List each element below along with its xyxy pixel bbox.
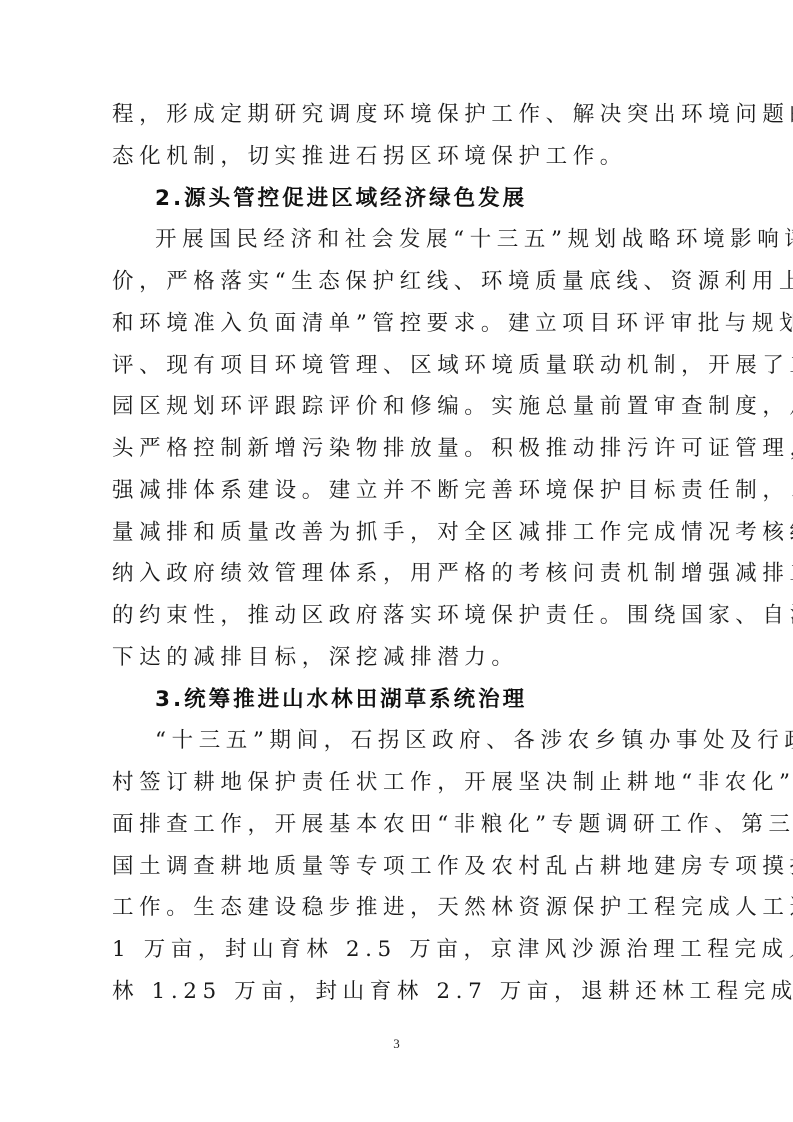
paragraph-line: “十三五”期间，石拐区政府、各涉农乡镇办事处及行政 (112, 720, 687, 762)
paragraph-line: 强减排体系建设。建立并不断完善环境保护目标责任制，以总 (112, 470, 687, 512)
paragraph-line: 程，形成定期研究调度环境保护工作、解决突出环境问题的常 (112, 94, 687, 136)
page-number: 3 (0, 1036, 793, 1052)
page-body: 程，形成定期研究调度环境保护工作、解决突出环境问题的常 态化机制，切实推进石拐区… (112, 94, 687, 1013)
paragraph-line: 工作。生态建设稳步推进，天然林资源保护工程完成人工造林 (112, 887, 687, 929)
paragraph-line: 评、现有项目环境管理、区域环境质量联动机制，开展了工业 (112, 345, 687, 387)
paragraph-line: 林 1.25 万亩，封山育林 2.7 万亩，退耕还林工程完成 1 万亩森 (112, 971, 687, 1013)
paragraph-line: 和环境准入负面清单”管控要求。建立项目环评审批与规划环 (112, 303, 687, 345)
paragraph-line: 纳入政府绩效管理体系，用严格的考核问责机制增强减排工作 (112, 553, 687, 595)
paragraph-line: 态化机制，切实推进石拐区环境保护工作。 (112, 136, 687, 178)
paragraph-line: 开展国民经济和社会发展“十三五”规划战略环境影响评 (112, 219, 687, 261)
paragraph-line: 村签订耕地保护责任状工作，开展坚决制止耕地“非农化”全 (112, 762, 687, 804)
paragraph-line: 的约束性，推动区政府落实环境保护责任。围绕国家、自治区 (112, 595, 687, 637)
paragraph-line: 价，严格落实“生态保护红线、环境质量底线、资源利用上线 (112, 261, 687, 303)
paragraph-line: 1 万亩，封山育林 2.5 万亩，京津风沙源治理工程完成人工造 (112, 929, 687, 971)
paragraph-line: 园区规划环评跟踪评价和修编。实施总量前置审查制度，从源 (112, 386, 687, 428)
section-heading: 2.源头管控促进区域经济绿色发展 (112, 178, 687, 220)
document-page: 程，形成定期研究调度环境保护工作、解决突出环境问题的常 态化机制，切实推进石拐区… (0, 0, 793, 1122)
paragraph-line: 面排查工作，开展基本农田“非粮化”专题调研工作、第三次 (112, 804, 687, 846)
paragraph-line: 下达的减排目标，深挖减排潜力。 (112, 637, 687, 679)
paragraph-line: 国土调查耕地质量等专项工作及农村乱占耕地建房专项摸排 (112, 846, 687, 888)
section-heading: 3.统筹推进山水林田湖草系统治理 (112, 679, 687, 721)
paragraph-line: 头严格控制新增污染物排放量。积极推动排污许可证管理，加 (112, 428, 687, 470)
paragraph-line: 量减排和质量改善为抓手，对全区减排工作完成情况考核结果 (112, 512, 687, 554)
